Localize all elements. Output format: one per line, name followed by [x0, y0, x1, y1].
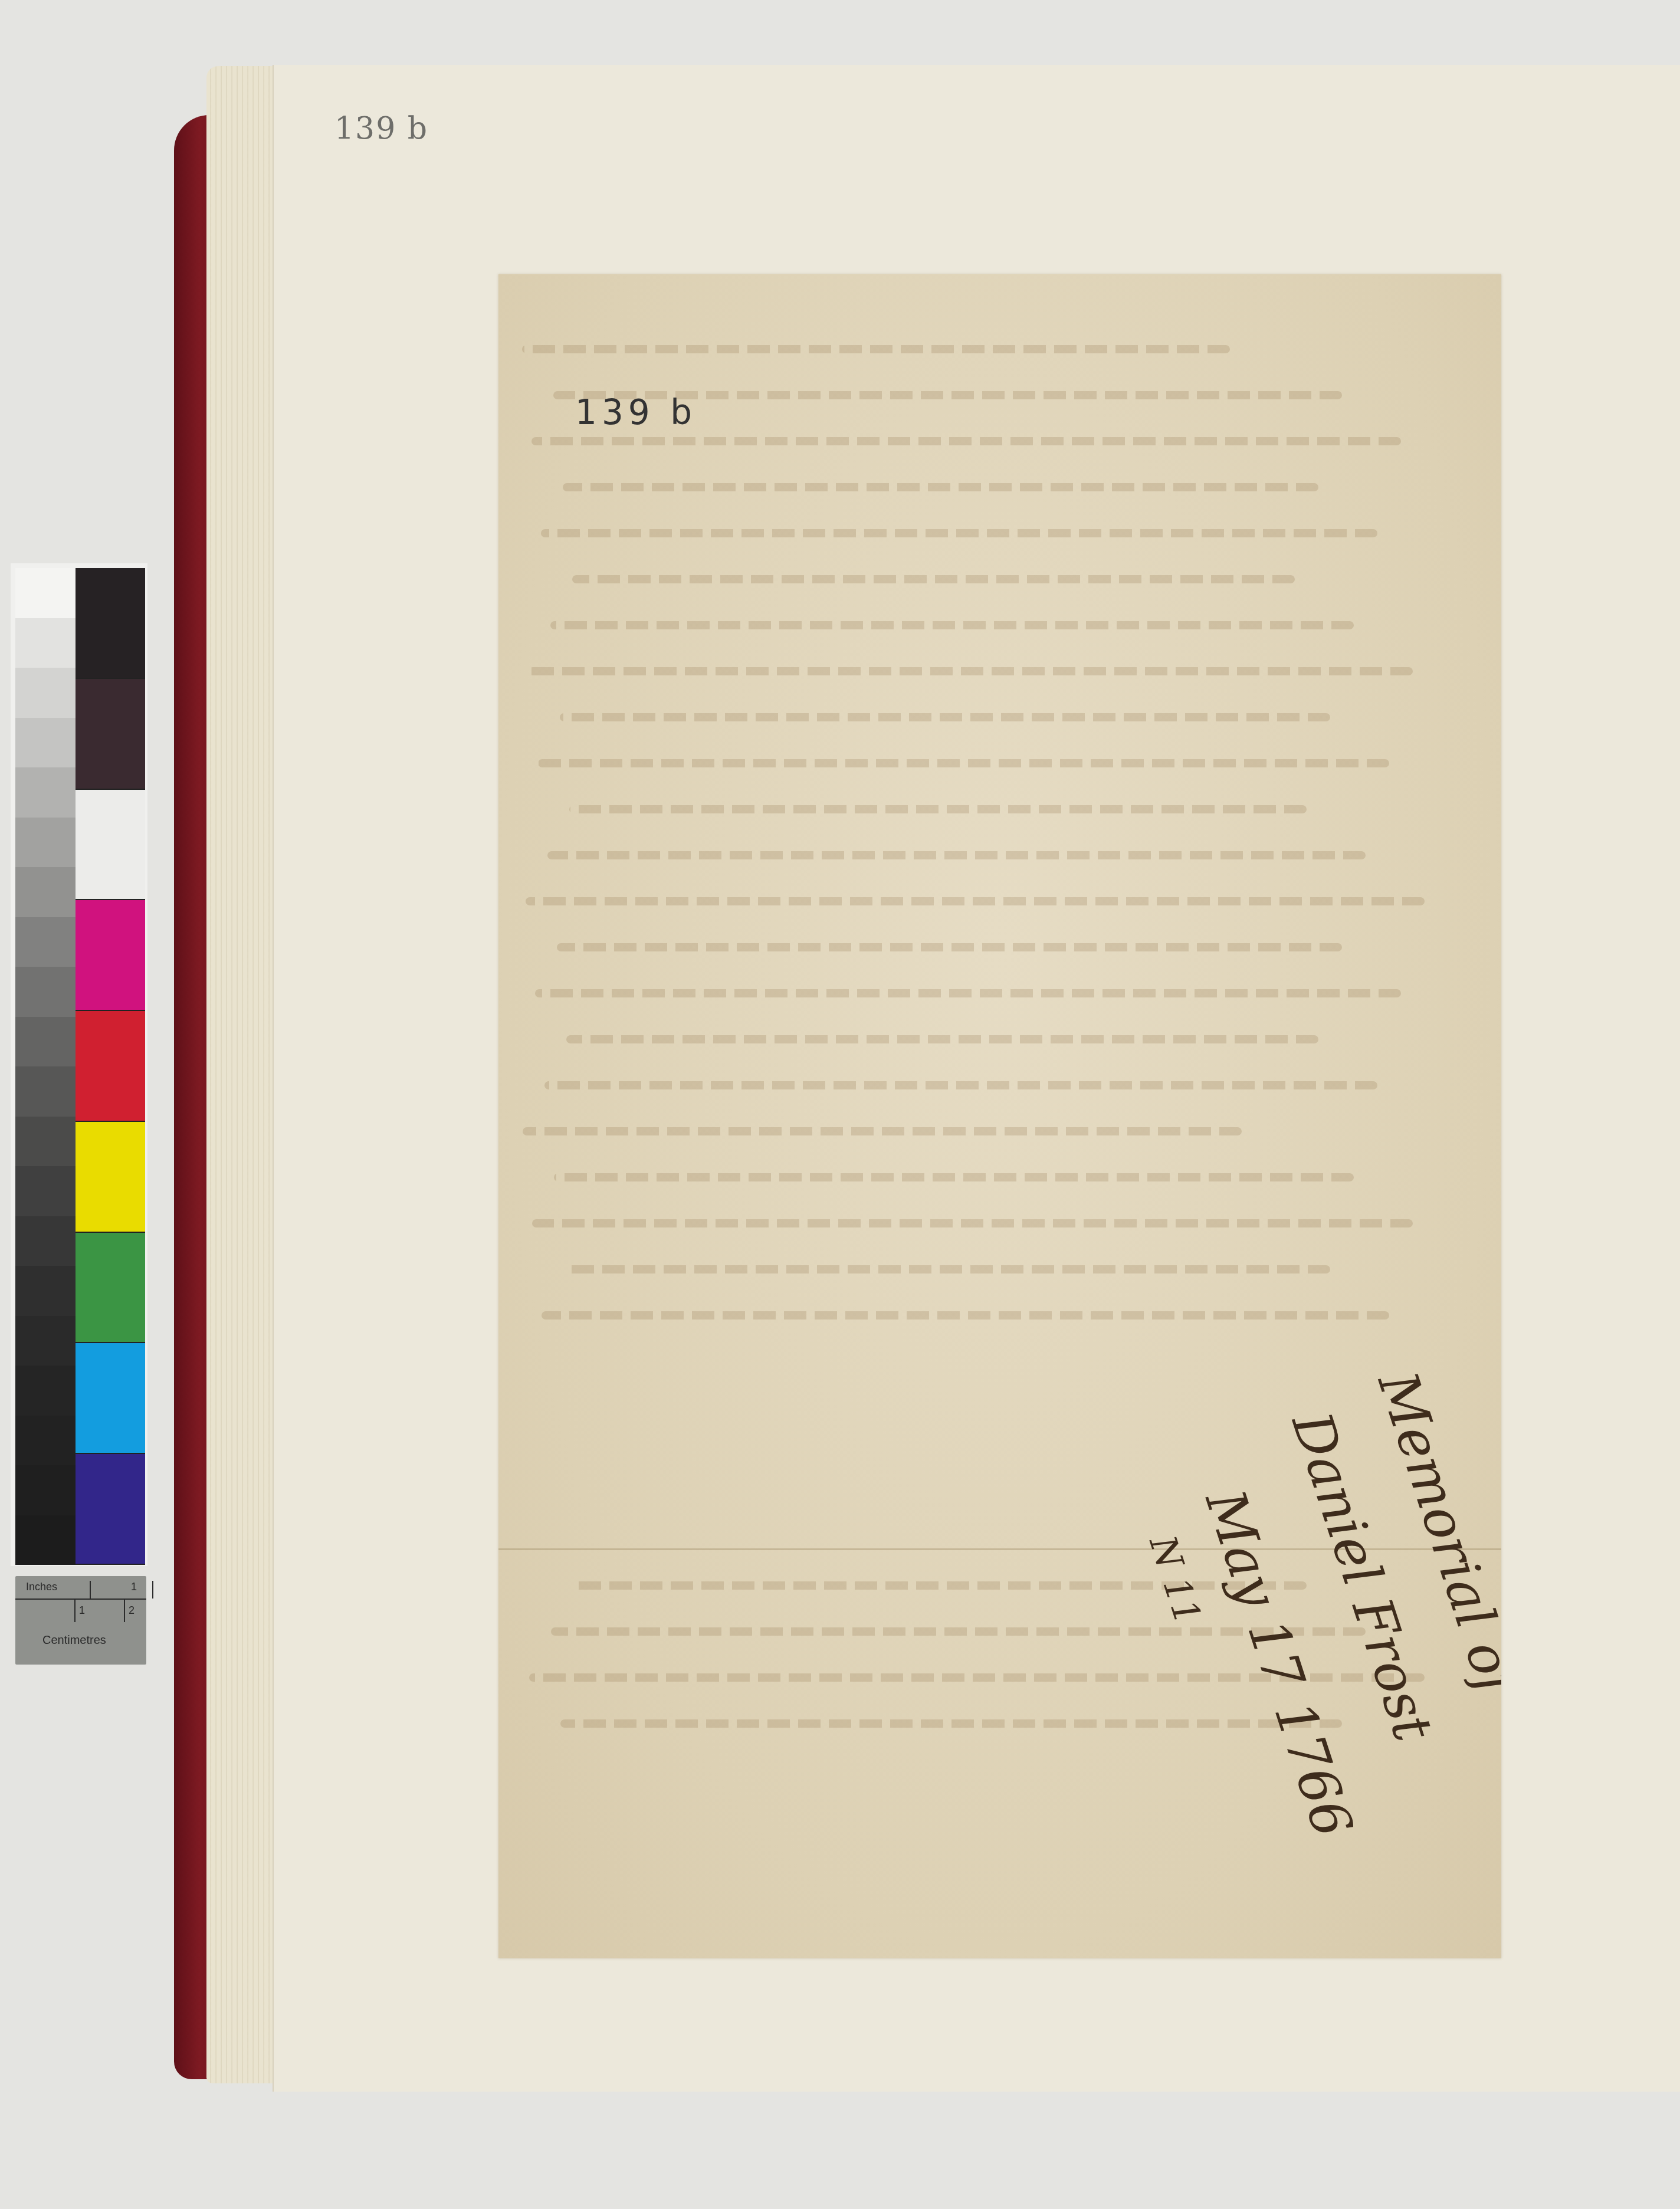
- gray-step: [15, 1066, 81, 1117]
- pencil-folio-number: 139 b: [575, 392, 697, 432]
- grayscale-strip: [15, 568, 81, 1565]
- printed-page-number: 139 b: [334, 111, 428, 146]
- inch-tick: [90, 1581, 91, 1599]
- bleed-through-line: [535, 989, 1401, 997]
- bleed-through-line: [569, 805, 1307, 813]
- bleed-through-line: [522, 345, 1230, 353]
- gray-step: [15, 1316, 81, 1366]
- measurement-scale: Inches 1 1 2 Centimetres: [15, 1576, 146, 1665]
- bleed-through-line: [563, 1265, 1330, 1273]
- gray-step: [15, 568, 81, 618]
- bleed-through-line: [550, 621, 1354, 629]
- gray-step: [15, 917, 81, 967]
- color-patch-magenta: [76, 900, 145, 1011]
- bleed-through-line: [531, 437, 1401, 445]
- manuscript-sheet: 139 b Memorial of Daniel Frost May 17 17…: [498, 274, 1501, 1958]
- bleed-through-line: [547, 851, 1366, 859]
- gray-step: [15, 618, 81, 668]
- bleed-through-line: [526, 897, 1425, 905]
- inch-mark-1: 1: [131, 1581, 137, 1593]
- bleed-through-line: [542, 1311, 1389, 1320]
- gray-step: [15, 767, 81, 818]
- color-patch-red: [76, 1011, 145, 1122]
- cm-tick: [74, 1599, 76, 1622]
- gray-step: [15, 818, 81, 868]
- gray-step: [15, 668, 81, 718]
- docket-number-mark: N 11: [1141, 1531, 1210, 1630]
- gray-step: [15, 1366, 81, 1416]
- color-patch-green: [76, 1233, 145, 1344]
- bleed-through-line: [566, 1035, 1318, 1043]
- inches-label: Inches: [26, 1581, 57, 1593]
- color-patch-blue: [76, 1454, 145, 1565]
- gray-step: [15, 1216, 81, 1266]
- bleed-through-line: [544, 1081, 1377, 1089]
- cm-tick: [124, 1599, 125, 1622]
- color-patch-strip: [76, 568, 145, 1565]
- bleed-through-line: [532, 1219, 1413, 1227]
- bleed-through-line: [538, 759, 1389, 767]
- gray-step: [15, 967, 81, 1017]
- bleed-through-line: [572, 575, 1295, 583]
- gray-step: [15, 1465, 81, 1515]
- color-patch-cyan: [76, 1343, 145, 1454]
- bleed-through-line: [563, 483, 1318, 491]
- gray-step: [15, 867, 81, 917]
- inch-tick: [152, 1581, 153, 1599]
- bleed-through-line: [560, 713, 1330, 721]
- gray-step: [15, 718, 81, 768]
- bleed-through-line: [529, 667, 1413, 675]
- gray-step: [15, 1416, 81, 1466]
- book-page-edges: [206, 66, 277, 2083]
- color-patch-dark-brown: [76, 679, 145, 790]
- bleed-through-line: [560, 1719, 1342, 1728]
- bleed-through-line: [554, 1173, 1354, 1181]
- color-patch-black: [76, 568, 145, 679]
- cm-mark-1: 1: [79, 1604, 85, 1617]
- gray-step: [15, 1266, 81, 1316]
- gray-step: [15, 1017, 81, 1067]
- bleed-through-line: [557, 943, 1342, 951]
- color-patch-yellow: [76, 1122, 145, 1233]
- color-calibration-target: [11, 563, 147, 1566]
- bleed-through-line: [523, 1127, 1242, 1135]
- gray-step: [15, 1166, 81, 1216]
- scale-axis: [15, 1599, 146, 1600]
- centimetres-label: Centimetres: [42, 1634, 106, 1647]
- cm-mark-2: 2: [129, 1604, 134, 1617]
- gray-step: [15, 1515, 81, 1565]
- gray-step: [15, 1117, 81, 1167]
- color-patch-white: [76, 790, 145, 901]
- bleed-through-line: [541, 529, 1377, 537]
